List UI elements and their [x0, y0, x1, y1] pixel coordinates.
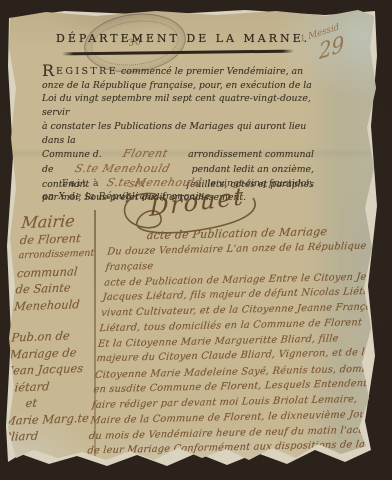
- margin-line: Menehould: [13, 295, 96, 314]
- registre-line-2: onze de la République française, pour, e…: [42, 79, 314, 93]
- manuscript-act: acte de Publication de Mariage Du douze …: [87, 223, 386, 459]
- margin-line: Marie Marg.te: [3, 409, 86, 428]
- arrondissement-handwritten-value: S.te Menehould: [73, 162, 171, 176]
- scanned-register-page: { "colors": { "background": "#2b231b", "…: [0, 0, 392, 480]
- de-label: de: [42, 163, 53, 177]
- commune-label: Commune d.: [42, 148, 102, 162]
- registre-caps: EGISTRE: [56, 66, 118, 77]
- registre-drop-initial: R: [42, 61, 56, 80]
- arrondissement-label: arrondissement communal: [188, 148, 314, 162]
- registre-line-6: de S.te Menehould pendant ledit an onziè…: [42, 162, 314, 177]
- registre-line-3: Loi du vingt septembre mil sept cent qua…: [42, 92, 314, 119]
- fait-label: Fait à: [62, 178, 101, 189]
- registre-line-1: REGISTRE commencé le premier Vendémiaire…: [42, 64, 314, 79]
- margin-annotations: Mairie de Florent arrondissement communa…: [2, 212, 104, 445]
- margin-line: arrondissement: [18, 245, 101, 264]
- registre-line-5: Commune d. Florent arrondissement commun…: [42, 147, 314, 162]
- margin-line: Bliard: [2, 426, 85, 445]
- registre-line-4: à constater les Publications de Mariages…: [42, 120, 314, 147]
- registre-line-1-text: commencé le premier Vendémiaire, an: [121, 66, 303, 77]
- department-heading: DÉPARTEMENT DE LA MARNE.: [56, 32, 302, 45]
- margin-line: Jean Jacques: [8, 360, 91, 379]
- commune-handwritten-value: Florent: [121, 147, 169, 161]
- paper-sheet: 30 DÉPARTEMENT DE LA MARNE. REGISTRE com…: [6, 8, 378, 468]
- pendant-label: pendant ledit an onzième,: [192, 163, 314, 177]
